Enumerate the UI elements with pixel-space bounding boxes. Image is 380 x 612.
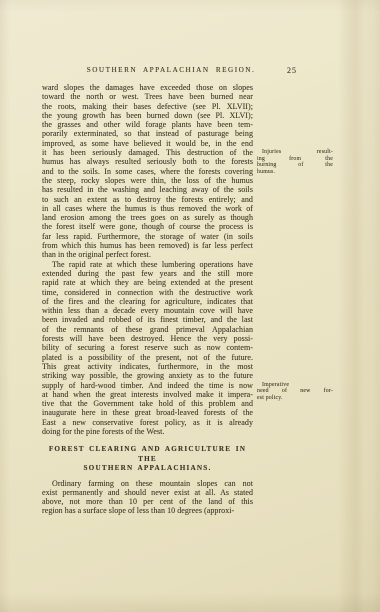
text-line: exist permanently and should never exist… [42,488,253,497]
text-line: toward the north or west. Trees have bee… [42,92,253,101]
text-line: region has a surface slope of less than … [42,506,253,515]
text-line: doing for the pine forests of the West. [42,427,253,436]
margin-note: Imperativeneed of new for-est policy. [257,382,333,402]
text-line: bility of securing a forest reserve such… [42,343,253,352]
text-line: rapid rate at which they are being exten… [42,278,253,287]
text-line: This great activity indicates, furthermo… [42,362,253,371]
text-line: tive that the Government take hold of th… [42,399,253,408]
text-line: plated is a possibility of the present, … [42,353,253,362]
text-line: to such an extent as to destroy the fore… [42,195,253,204]
text-block: ward slopes the damages have exceeded th… [42,83,253,516]
section-heading: FOREST CLEARING AND AGRICULTURE IN THESO… [42,445,253,473]
text-line: inaugurate here in these great broad-lea… [42,408,253,417]
text-line: Ordinary farming on these mountain slope… [42,479,253,488]
text-line: the roots, making their bases defective … [42,102,253,111]
text-line: extended during the past few years and t… [42,269,253,278]
running-header-title: SOUTHERN APPALACHIAN REGION. [87,66,256,74]
text-line: the forest itself were gone, though of c… [42,222,253,231]
margin-note-line: burning of the [257,162,333,169]
text-line: the steep, rocky slopes were thin, the l… [42,176,253,185]
text-line: far less rapid. Furthermore, the storage… [42,232,253,241]
text-line: the young growth has been burned down (s… [42,111,253,120]
text-line: porarily exterminated, so that instead o… [42,129,253,138]
paragraph: ward slopes the damages have exceeded th… [42,83,253,260]
text-line: at hand when the great interests involve… [42,390,253,399]
text-line: striking way possible, the growing anxie… [42,371,253,380]
paragraph: The rapid rate at which these lumbering … [42,260,253,437]
text-line: land erosion among the trees goes on as … [42,213,253,222]
text-line: has resulted in the washing and leaching… [42,185,253,194]
page-number: 25 [287,66,297,75]
text-line: supply of hard-wood timber. And indeed t… [42,381,253,390]
margin-note-line: Injuries result- [257,149,333,156]
text-line: it has been seriously damaged. This dest… [42,148,253,157]
text-line: above, not more than 10 per cent of the … [42,497,253,506]
text-line: within less than a decade every mountain… [42,306,253,315]
text-line: and to the soils. In some cases, where t… [42,167,253,176]
running-header: SOUTHERN APPALACHIAN REGION. 25 [0,66,380,78]
text-line: of the fires and the clearing for agricu… [42,297,253,306]
book-page: SOUTHERN APPALACHIAN REGION. 25 ward slo… [0,0,380,612]
text-line: in all cases where the humus is thus rem… [42,204,253,213]
text-line: humus has always resulted seriously both… [42,157,253,166]
text-line: improved, as some have believed it would… [42,139,253,148]
text-line: been invaded and robbed of its finest ti… [42,315,253,324]
text-line: of the remnants of these grand primeval … [42,325,253,334]
margin-note-line: humus. [257,169,333,176]
text-line: time, considered in connection with the … [42,288,253,297]
text-line: ward slopes the damages have exceeded th… [42,83,253,92]
paragraph: Ordinary farming on these mountain slope… [42,479,253,516]
text-line: The rapid rate at which these lumbering … [42,260,253,269]
text-line: East a new conservative forest policy, a… [42,418,253,427]
heading-line: SOUTHERN APPALACHIANS. [42,464,253,473]
text-line: forests will have been destroyed. Hence … [42,334,253,343]
margin-note-line: est policy. [257,395,333,402]
text-line: from which this humus has been removed) … [42,241,253,250]
margin-note-line: need of new for- [257,388,333,395]
text-line: than in the original perfect forest. [42,250,253,259]
margin-note: Injuries result-ing from theburning of t… [257,149,333,175]
text-line: the grasses and other wild forage plants… [42,120,253,129]
heading-line: FOREST CLEARING AND AGRICULTURE IN THE [42,445,253,464]
